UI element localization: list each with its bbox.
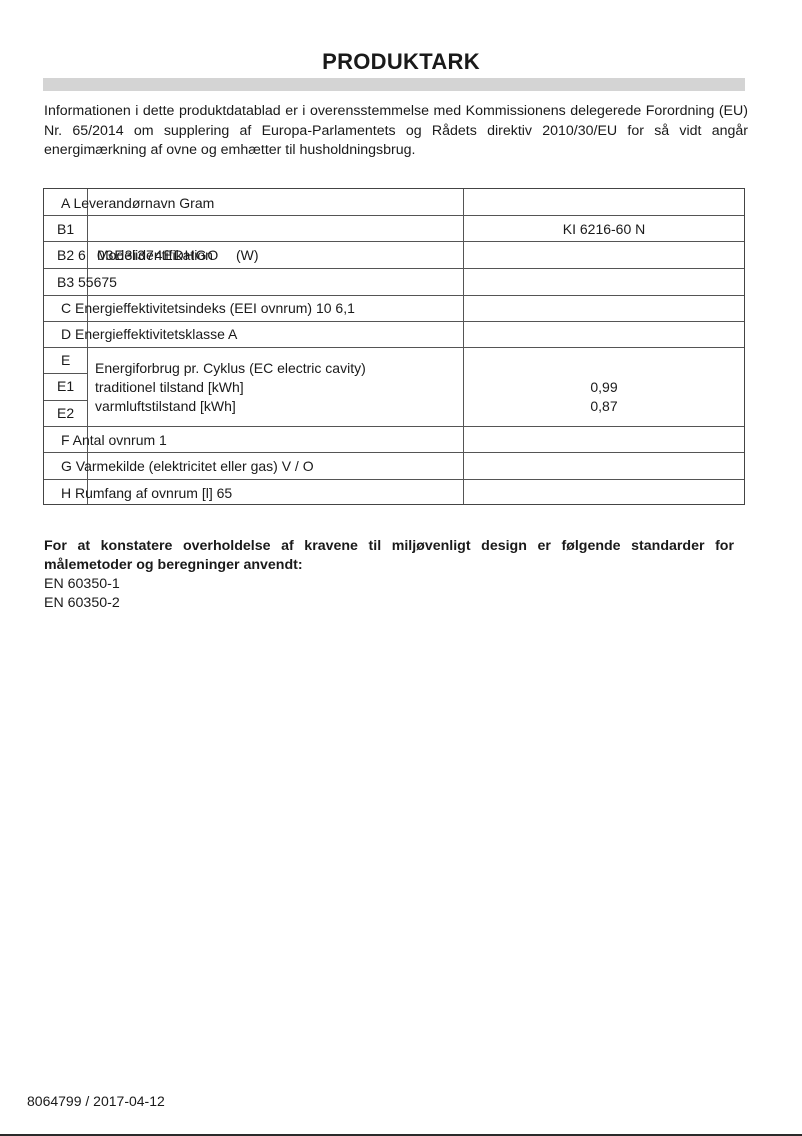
- row-e-description: Energiforbrug pr. Cyklus (EC electric ca…: [95, 360, 366, 376]
- row-e1-value: 0,99: [464, 379, 744, 395]
- row-f-label: F Antal ovnrum 1: [61, 432, 167, 448]
- label-column-divider: [87, 189, 88, 504]
- row-divider: [44, 295, 744, 296]
- row-h-label: H Rumfang af ovnrum [l] 65: [61, 485, 232, 501]
- row-divider: [44, 400, 88, 401]
- standard-item: EN 60350-1: [44, 575, 734, 594]
- row-divider: [44, 426, 744, 427]
- row-b3-label: B3 55675: [57, 274, 117, 290]
- standard-item: EN 60350-2: [44, 594, 734, 613]
- row-d-label: D Energieffektivitetsklasse A: [61, 326, 237, 342]
- title-divider-bar: [43, 78, 745, 91]
- row-b1-label: B1: [57, 221, 74, 237]
- row-c-label: C Energieffektivitetsindeks (EEI ovnrum)…: [61, 300, 355, 316]
- standards-heading: For at konstatere overholdelse af kraven…: [44, 537, 734, 575]
- row-e1-code: E1: [57, 378, 74, 394]
- row-b2-suffix: (W): [236, 247, 259, 263]
- row-e2-description: varmluftstilstand [kWh]: [95, 398, 236, 414]
- row-a-label: A Leverandørnavn Gram: [61, 195, 214, 211]
- row-b1-value: KI 6216-60 N: [464, 221, 744, 237]
- row-divider: [44, 241, 744, 242]
- row-e-code: E: [61, 352, 70, 368]
- row-e1-description: traditionel tilstand [kWh]: [95, 379, 244, 395]
- product-data-table: A Leverandørnavn Gram B1 KI 6216-60 N B2…: [43, 188, 745, 505]
- row-e2-code: E2: [57, 405, 74, 421]
- row-b2-overlap-b: 03E3i374EDHGO: [97, 247, 219, 263]
- row-divider: [44, 268, 744, 269]
- standards-section: For at konstatere overholdelse af kraven…: [44, 537, 734, 613]
- page-title: PRODUKTARK: [0, 49, 802, 75]
- row-divider: [44, 347, 744, 348]
- row-divider: [44, 452, 744, 453]
- row-e2-value: 0,87: [464, 398, 744, 414]
- row-b2-label: B2 6 Modelidentifikation 03E3i374EDHGO (…: [57, 247, 287, 265]
- row-divider: [44, 215, 744, 216]
- row-divider: [44, 321, 744, 322]
- row-divider: [44, 373, 88, 374]
- row-g-label: G Varmekilde (elektricitet eller gas) V …: [61, 458, 314, 474]
- document-reference: 8064799 / 2017-04-12: [27, 1093, 165, 1109]
- intro-paragraph: Informationen i dette produktdatablad er…: [44, 102, 748, 161]
- row-b2-prefix: B2 6: [57, 247, 86, 263]
- row-divider: [44, 479, 744, 480]
